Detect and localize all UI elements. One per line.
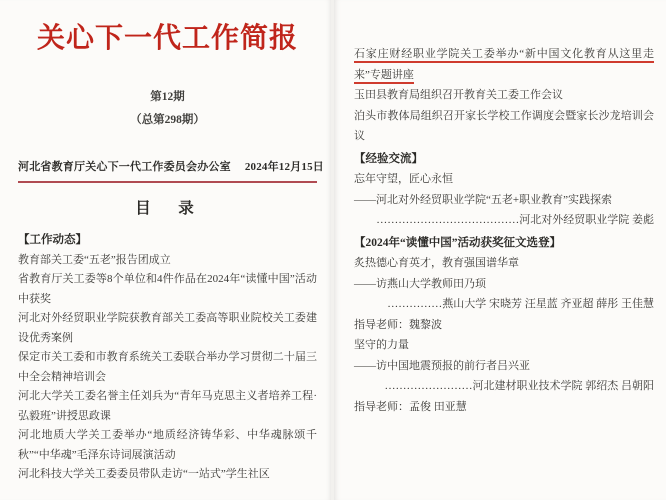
- section-heading: 【经验交流】: [354, 149, 654, 170]
- toc-entry: 炙热德心育英才，教育强国谱华章: [354, 253, 654, 274]
- toc-entry: 坚守的力量: [354, 335, 654, 356]
- bulletin-page-right: 石家庄财经职业学院关工委举办“新中国文化教育从这里走来”专题讲座玉田县教育局组织…: [334, 0, 666, 500]
- section-heading: 【工作动态】: [18, 231, 317, 251]
- toc-entry: ……………燕山大学 宋晓芳 汪星蓝 齐亚超 薛彤 王佳慧: [354, 294, 654, 315]
- toc-entry: …………………………………河北对外经贸职业学院 姜彪: [354, 210, 654, 231]
- toc-entry: 泊头市教体局组织召开家长学校工作调度会暨家长沙龙培训会议: [354, 106, 654, 147]
- bulletin-title: 关心下一代工作简报: [18, 23, 317, 55]
- toc-entry: 石家庄财经职业学院关工委举办“新中国文化教育从这里走来”专题讲座: [354, 44, 654, 85]
- toc-entry: 河北科技大学关工委委员带队走访“一站式”学生社区: [18, 465, 317, 485]
- toc-list-right: 石家庄财经职业学院关工委举办“新中国文化教育从这里走来”专题讲座玉田县教育局组织…: [354, 44, 654, 417]
- toc-entry: 指导老师：魏黎波: [354, 315, 654, 336]
- toc-entry: 玉田县教育局组织召开教育关工委工作会议: [354, 85, 654, 106]
- issue-date: 2024年12月15日: [245, 161, 324, 173]
- toc-entry: ——访燕山大学教师田乃顼: [354, 274, 654, 295]
- right-page-content: 石家庄财经职业学院关工委举办“新中国文化教育从这里走来”专题讲座玉田县教育局组织…: [334, 0, 666, 417]
- toc-entry: ——河北对外经贸职业学院“五老+职业教育”实践探索: [354, 190, 654, 211]
- section-heading: 【2024年“读懂中国”活动获奖征文选登】: [354, 233, 654, 254]
- toc-entry: 指导老师：孟俊 田亚慧: [354, 397, 654, 418]
- toc-entry: 教育部关工委“五老”报告团成立: [18, 251, 317, 271]
- left-page-content: 关心下一代工作简报 第12期 （总第298期） 河北省教育厅关心下一代工作委员会…: [0, 23, 331, 485]
- toc-entry: 省教育厅关工委等8个单位和4件作品在2024年“读懂中国”活动中获奖: [18, 270, 317, 309]
- toc-entry: 河北地质大学关工委举办“地质经济铸华彩、中华魂脉颂千秋”“中华魂”毛泽东诗词展演…: [18, 426, 317, 465]
- issue-number: 第12期: [18, 88, 317, 104]
- toc-title: 目 录: [18, 196, 317, 218]
- bulletin-page-left: 关心下一代工作简报 第12期 （总第298期） 河北省教育厅关心下一代工作委员会…: [0, 0, 331, 500]
- toc-entry: 保定市关工委和市教育系统关工委联合举办学习贯彻二十届三中全会精神培训会: [18, 348, 317, 387]
- toc-entry: ——访中国地震预报的前行者吕兴亚: [354, 356, 654, 377]
- organization-name: 河北省教育厅关心下一代工作委员会办公室: [18, 161, 231, 173]
- toc-entry: 河北对外经贸职业学院获教育部关工委高等职业院校关工委建设优秀案例: [18, 309, 317, 348]
- red-divider-line: [18, 181, 317, 183]
- toc-entry: 河北大学关工委名誉主任刘兵为“青年马克思主义者培养工程·弘毅班”讲授思政课: [18, 387, 317, 426]
- toc-entry: 忘年守望，匠心永恒: [354, 169, 654, 190]
- toc-list-left: 【工作动态】教育部关工委“五老”报告团成立省教育厅关工委等8个单位和4件作品在2…: [18, 231, 317, 485]
- toc-entry: ……………………河北建材职业技术学院 郭绍杰 吕朝阳: [354, 376, 654, 397]
- underlined-entry-text: 石家庄财经职业学院关工委举办“新中国文化教育从这里走来”专题讲座: [354, 48, 654, 84]
- total-issue-number: （总第298期）: [18, 111, 317, 127]
- org-date-line: 河北省教育厅关心下一代工作委员会办公室2024年12月15日: [18, 158, 317, 174]
